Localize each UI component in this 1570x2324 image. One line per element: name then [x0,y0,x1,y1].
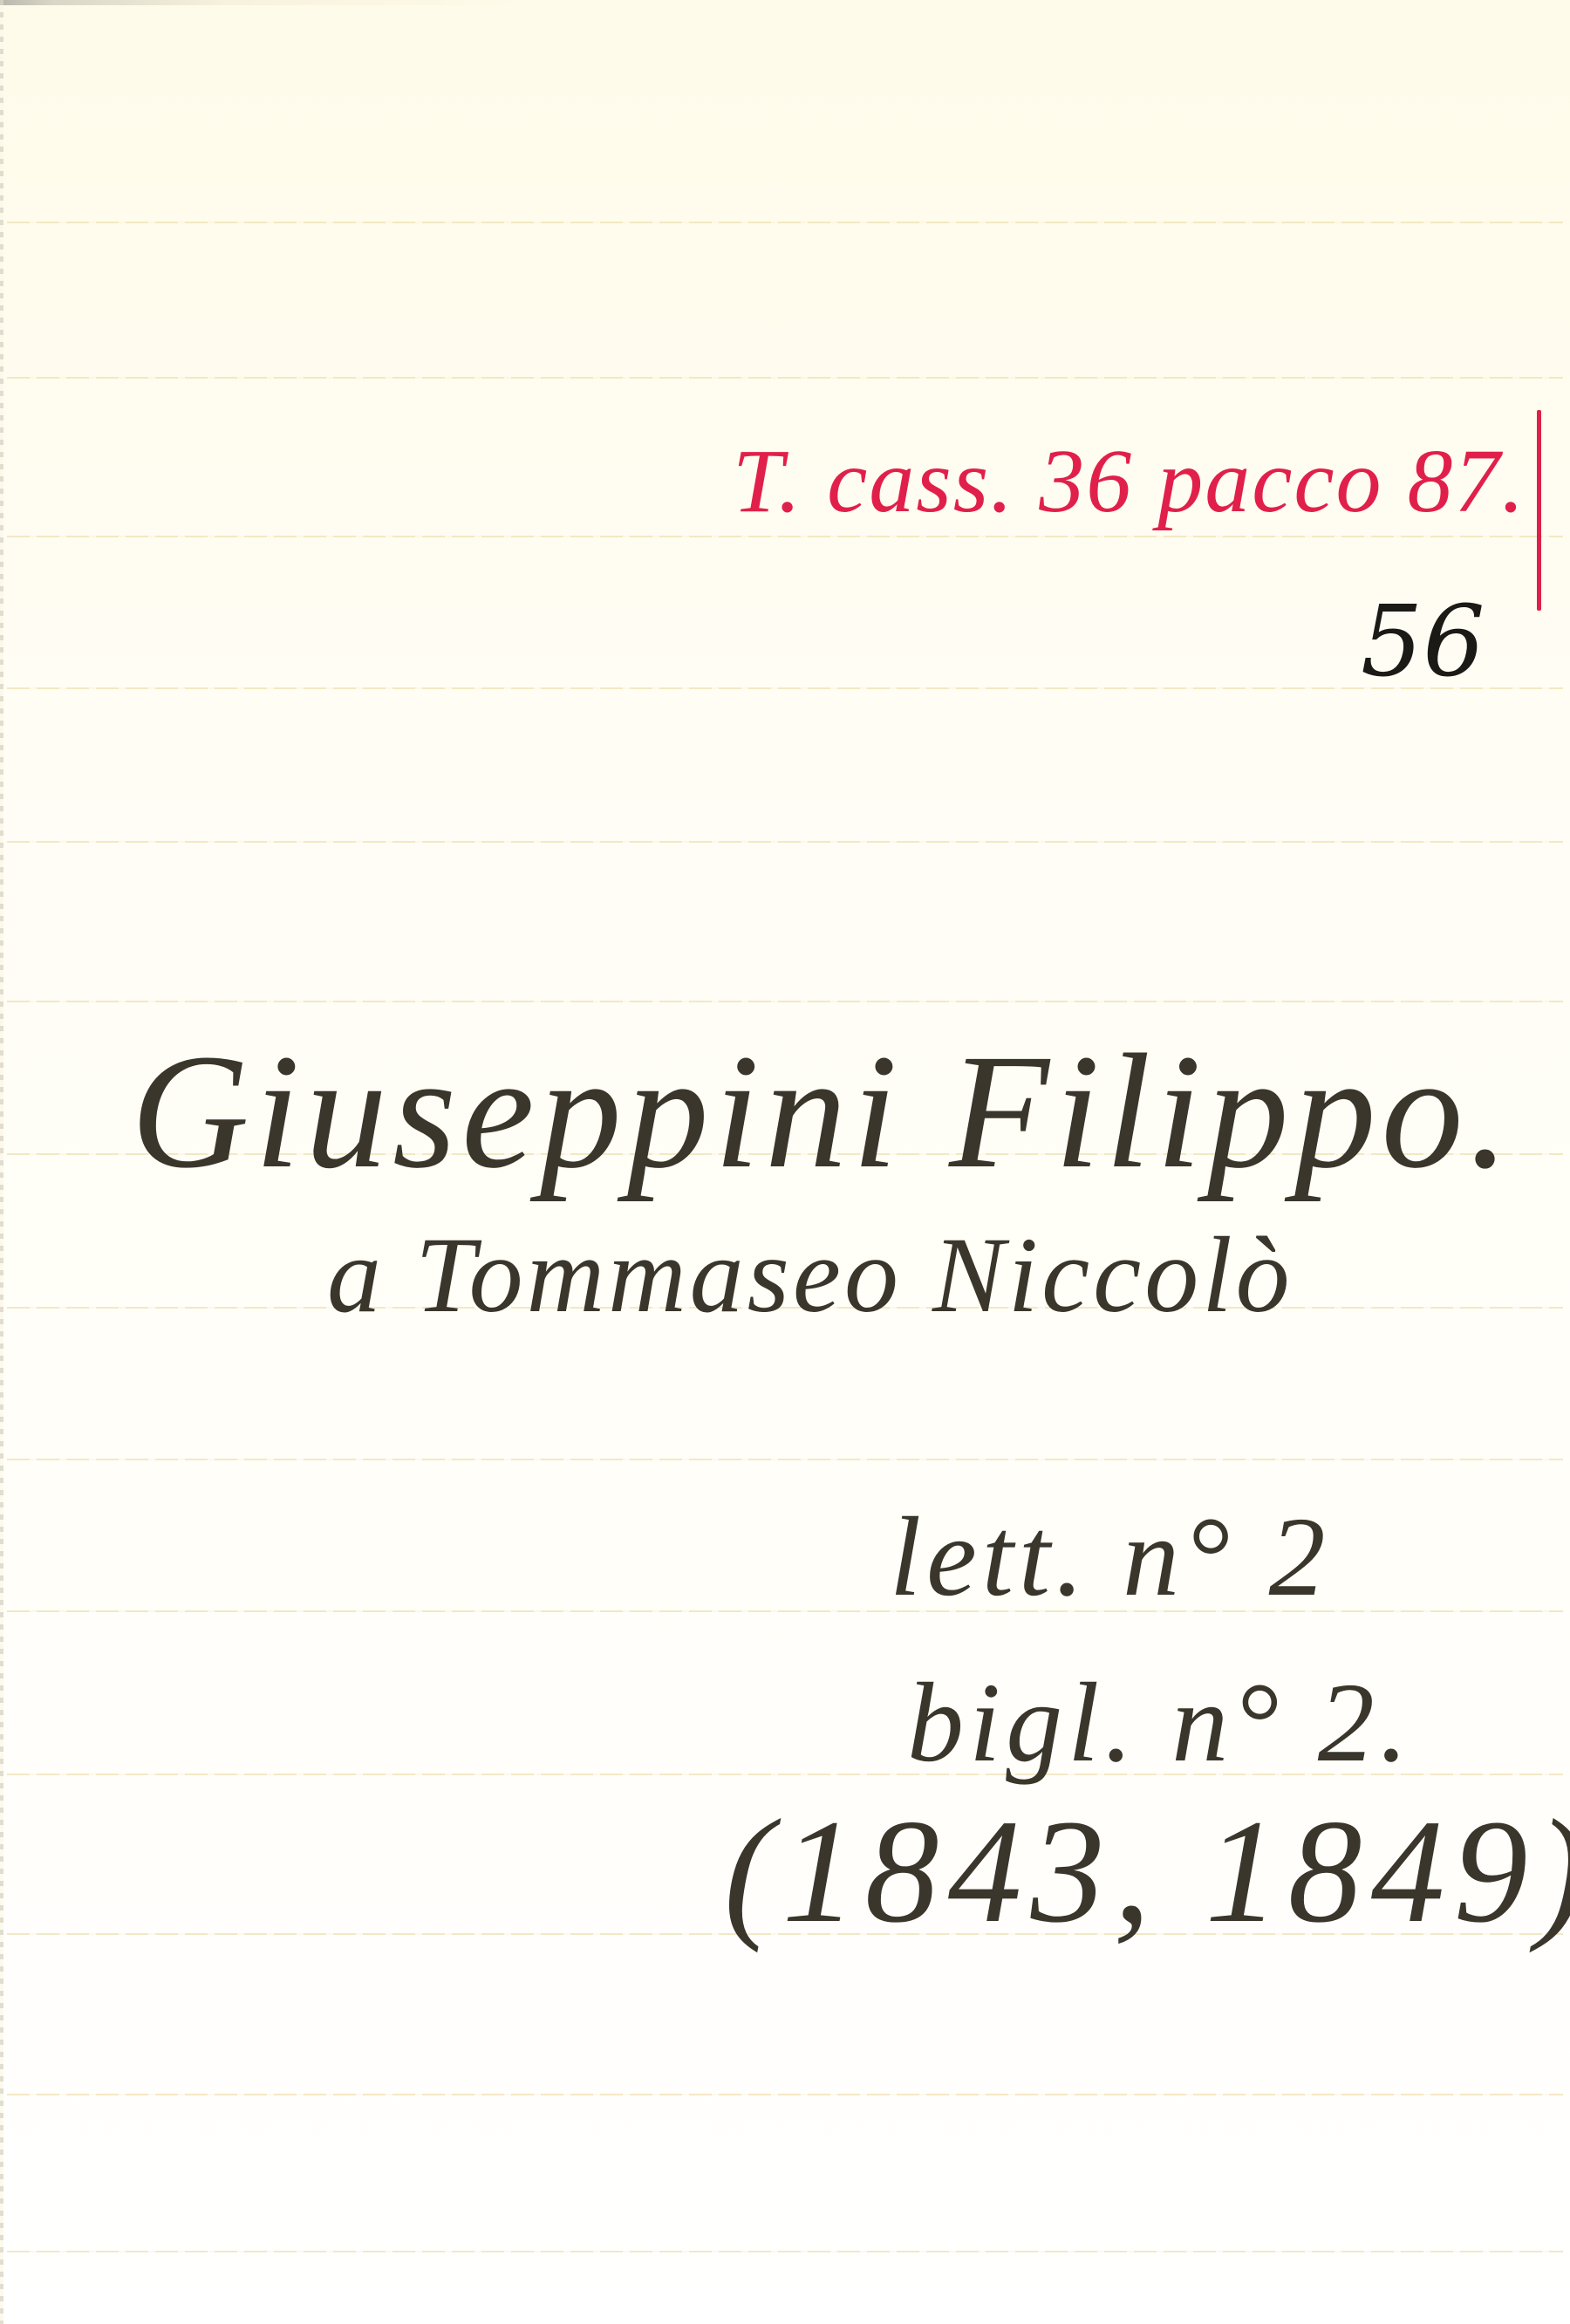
ruled-line [7,687,1563,689]
card-left-edge [0,0,3,2324]
ruled-line [7,2094,1563,2095]
shelfmark-number: 56 [1361,593,1485,691]
notes-count: bigl. n° 2. [907,1666,1413,1780]
catalog-card: T. cass. 36 pacco 87. 56 Giuseppini Fili… [0,0,1570,2324]
ruled-line [7,1459,1563,1460]
ruled-line [7,841,1563,843]
letters-count: lett. n° 2 [890,1500,1331,1614]
ruled-line [7,2251,1563,2252]
card-top-edge [0,0,1570,5]
author-name: Giuseppini Filippo. [131,1029,1515,1193]
ruled-line [7,536,1563,537]
ruled-line [7,1001,1563,1002]
ruled-line [7,222,1563,223]
shelfmark-text: T. cass. 36 pacco 87. [733,436,1526,527]
date-range: (1843, 1849) [724,1797,1570,1945]
ruled-line [7,377,1563,379]
shelfmark-bracket [1537,410,1541,611]
recipient-name: a Tommaseo Niccolò [327,1221,1294,1329]
